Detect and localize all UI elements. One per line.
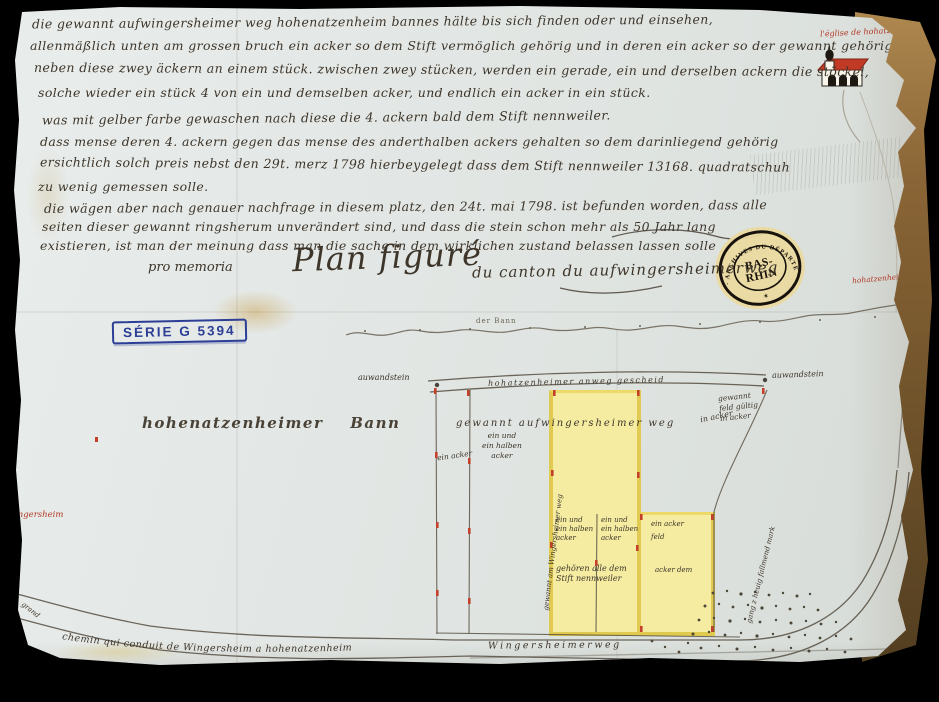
manuscript-line: solche wieder ein stück 4 von ein und de… <box>38 85 651 100</box>
parcel-col1-label: ein und ein halben acker <box>556 516 593 543</box>
gewann-heading: gewannt aufwingersheimer weg <box>456 418 675 429</box>
manuscript-line: allenmäßlich unten am grossen bruch ein … <box>30 38 914 53</box>
bottom-road-label: Wingersheimerweg <box>488 639 622 651</box>
map-ink-drawing: chemin qui conduit de Wingersheim a hohe… <box>0 0 939 702</box>
bann-label: hohenatzenheimer Bann <box>142 414 400 432</box>
top-road-right-stone-label: auwandstein <box>772 369 824 380</box>
manuscript-line: zu wenig gemessen solle. <box>38 179 209 194</box>
manuscript-line: dass mense deren 4. ackern gegen das men… <box>40 134 779 149</box>
parcel-col2-label: ein und ein halben acker <box>601 516 638 543</box>
parcel-b-label: ein und ein halben acker <box>482 431 522 460</box>
manuscript-line: seiten dieser gewannt ringsherum unverän… <box>42 219 716 234</box>
hedge-label: der Bann <box>476 317 517 325</box>
memo-label: pro memoria <box>148 260 233 275</box>
manuscript-paper: chemin qui conduit de Wingersheim a hohe… <box>0 0 939 702</box>
hedge-line <box>346 299 936 335</box>
series-stamp: SÉRIE G 5394 <box>112 319 247 345</box>
left-edge-red-note: à wingersheim <box>0 510 63 520</box>
ownership-note: gehören alle dem Stift nennweiler <box>556 564 627 585</box>
parcel-col3-sub: acker dem <box>655 566 692 574</box>
left-road-label: chemin qui conduit de Wingersheim a hohe… <box>61 631 352 655</box>
top-road-left-stone-label: auwandstein <box>358 373 410 382</box>
scanned-archival-document: chemin qui conduit de Wingersheim a hohe… <box>0 0 939 702</box>
parcel-col3-label: ein acker feld <box>651 518 684 545</box>
plan-title-script: Plan figuré <box>291 235 482 280</box>
